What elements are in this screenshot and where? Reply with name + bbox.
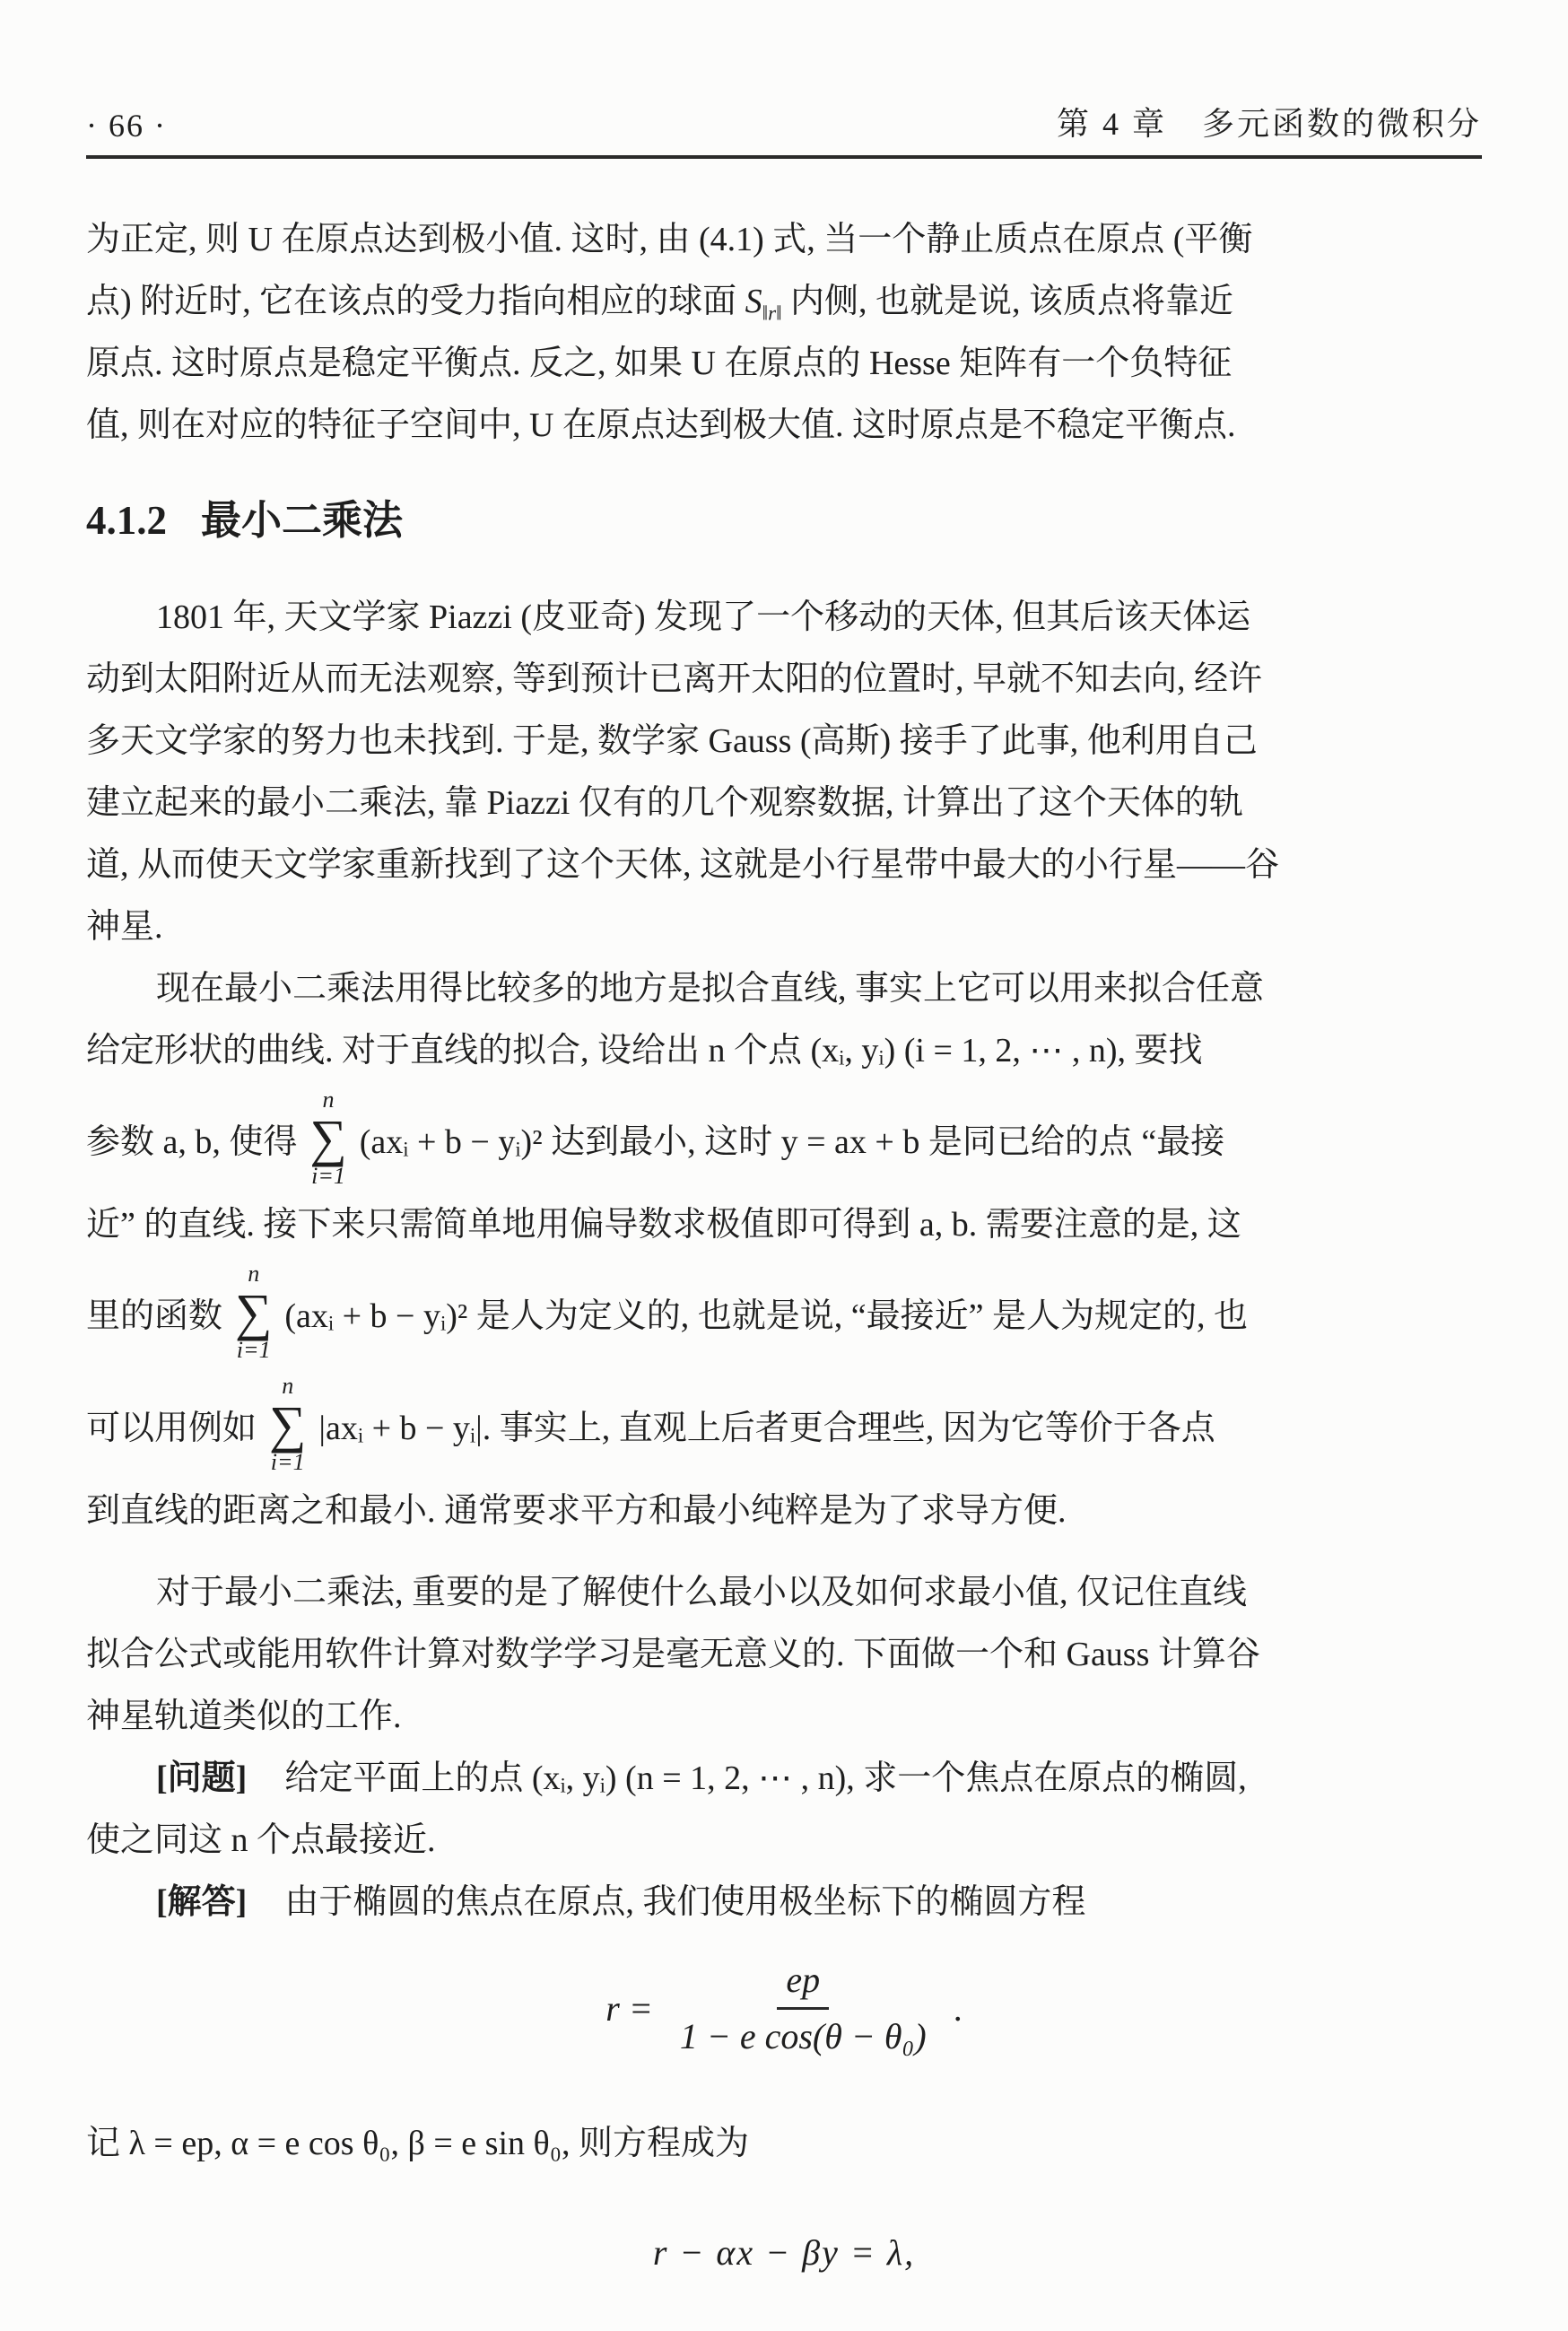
sphere-subscript: ‖r‖ bbox=[762, 302, 782, 325]
formula-period: . bbox=[954, 1987, 963, 2030]
summation-symbol: n ∑ i=1 bbox=[235, 1261, 272, 1364]
section-heading: 4.1.2 最小二乘法 bbox=[86, 487, 1482, 546]
sigma-icon: ∑ bbox=[269, 1400, 306, 1449]
polar-substitution-line: 记 λ = ep, α = e cos θ₀, β = e sin θ₀, 则方… bbox=[86, 2113, 1482, 2175]
page-header: · 66 · 第 4 章 多元函数的微积分 bbox=[86, 0, 1482, 159]
intro-line-2-post: 内侧, 也就是说, 该质点将靠近 bbox=[782, 283, 1234, 320]
sigma-icon: ∑ bbox=[235, 1288, 272, 1337]
solution-text-1: 由于椭圆的焦点在原点, 我们使用极坐标下的椭圆方程 bbox=[284, 1883, 1085, 1921]
fit-line-1: 现在最小二乘法用得比较多的地方是拟合直线, 事实上它可以用来拟合任意 bbox=[86, 958, 1482, 1020]
piazzi-line-4: 建立起来的最小二乘法, 靠 Piazzi 仅有的几个观察数据, 计算出了这个天体… bbox=[86, 773, 1482, 834]
summation-symbol: n ∑ i=1 bbox=[269, 1373, 306, 1476]
piazzi-line-6: 神星. bbox=[86, 896, 1482, 958]
method-line-3: 神星轨道类似的工作. bbox=[86, 1686, 1482, 1748]
page-number: · 66 · bbox=[86, 107, 167, 144]
problem-paragraph: [问题]给定平面上的点 (xᵢ, yᵢ) (n = 1, 2, ⋯ , n), … bbox=[86, 1748, 1482, 1872]
intro-paragraph: 为正定, 则 U 在原点达到极小值. 这时, 由 (4.1) 式, 当一个静止质… bbox=[86, 209, 1482, 457]
sum-lower-limit: i=1 bbox=[237, 1337, 271, 1364]
sum-line-2-post: (axᵢ + b − yᵢ)² 是人为定义的, 也就是说, “最接近” 是人为规… bbox=[284, 1288, 1248, 1337]
piazzi-line-1: 1801 年, 天文学家 Piazzi (皮亚奇) 发现了一个移动的天体, 但其… bbox=[86, 587, 1482, 649]
intro-line-4: 值, 则在对应的特征子空间中, U 在原点达到极大值. 这时原点是不稳定平衡点. bbox=[86, 395, 1482, 457]
method-line-2: 拟合公式或能用软件计算对数学学习是毫无意义的. 下面做一个和 Gauss 计算谷 bbox=[86, 1624, 1482, 1686]
intro-line-2: 点) 附近时, 它在该点的受力指向相应的球面 S‖r‖ 内侧, 也就是说, 该质… bbox=[86, 271, 1482, 333]
sum-lower-limit: i=1 bbox=[271, 1449, 305, 1476]
sum-line-3-pre: 可以用例如 bbox=[86, 1400, 257, 1449]
problem-line-1: [问题]给定平面上的点 (xᵢ, yᵢ) (n = 1, 2, ⋯ , n), … bbox=[86, 1748, 1482, 1810]
problem-text-1: 给定平面上的点 (xᵢ, yᵢ) (n = 1, 2, ⋯ , n), 求一个焦… bbox=[284, 1759, 1246, 1797]
linear-form-formula: r − αx − βy = λ, bbox=[86, 2222, 1482, 2283]
problem-line-2: 使之同这 n 个点最接近. bbox=[86, 1810, 1482, 1872]
piazzi-line-3: 多天文学家的努力也未找到. 于是, 数学家 Gauss (高斯) 接手了此事, … bbox=[86, 711, 1482, 773]
sum-line-1: 参数 a, b, 使得 n ∑ i=1 (axᵢ + b − yᵢ)² 达到最小… bbox=[86, 1082, 1482, 1194]
ellipse-polar-formula: r = ep 1 − e cos(θ − θ₀) . bbox=[86, 1941, 1482, 2075]
fraction: ep 1 − e cos(θ − θ₀) bbox=[667, 1959, 939, 2058]
sum-line-3-post: |axᵢ + b − yᵢ|. 事实上, 直观上后者更合理些, 因为它等价于各点 bbox=[318, 1400, 1215, 1449]
solution-paragraph: [解答]由于椭圆的焦点在原点, 我们使用极坐标下的椭圆方程 bbox=[86, 1872, 1482, 1934]
fraction-numerator: ep bbox=[777, 1959, 829, 2010]
sum-line-1-post: (axᵢ + b − yᵢ)² 达到最小, 这时 y = ax + b 是同已给… bbox=[360, 1113, 1224, 1163]
intro-line-2-pre: 点) 附近时, 它在该点的受力指向相应的球面 bbox=[86, 283, 745, 320]
piazzi-line-5: 道, 从而使天文学家重新找到了这个天体, 这就是小行星带中最大的小行星——谷 bbox=[86, 834, 1482, 896]
method-line-1: 对于最小二乘法, 重要的是了解使什么最小以及如何求最小值, 仅记住直线 bbox=[86, 1562, 1482, 1624]
method-paragraph: 对于最小二乘法, 重要的是了解使什么最小以及如何求最小值, 仅记住直线 拟合公式… bbox=[86, 1562, 1482, 1748]
fit-line-2: 给定形状的曲线. 对于直线的拟合, 设给出 n 个点 (xᵢ, yᵢ) (i =… bbox=[86, 1020, 1482, 1082]
section-number: 4.1.2 bbox=[86, 497, 167, 544]
summation-symbol: n ∑ i=1 bbox=[309, 1087, 346, 1190]
book-page: · 66 · 第 4 章 多元函数的微积分 为正定, 则 U 在原点达到极小值.… bbox=[0, 0, 1568, 2331]
solution-label: [解答] bbox=[156, 1883, 247, 1921]
sum-line-3: 可以用例如 n ∑ i=1 |axᵢ + b − yᵢ|. 事实上, 直观上后者… bbox=[86, 1368, 1482, 1480]
chapter-title: 第 4 章 多元函数的微积分 bbox=[1057, 99, 1482, 144]
fraction-denominator: 1 − e cos(θ − θ₀) bbox=[667, 2010, 939, 2058]
problem-label: [问题] bbox=[156, 1759, 247, 1797]
solution-line-1: [解答]由于椭圆的焦点在原点, 我们使用极坐标下的椭圆方程 bbox=[86, 1872, 1482, 1934]
page-body: 为正定, 则 U 在原点达到极小值. 这时, 由 (4.1) 式, 当一个静止质… bbox=[86, 209, 1482, 2283]
sigma-icon: ∑ bbox=[309, 1113, 346, 1163]
section-title: 最小二乘法 bbox=[201, 487, 403, 546]
piazzi-paragraph: 1801 年, 天文学家 Piazzi (皮亚奇) 发现了一个移动的天体, 但其… bbox=[86, 587, 1482, 958]
fit-line-7: 到直线的距离之和最小. 通常要求平方和最小纯粹是为了求导方便. bbox=[86, 1480, 1482, 1542]
intro-line-3: 原点. 这时原点是稳定平衡点. 反之, 如果 U 在原点的 Hesse 矩阵有一… bbox=[86, 333, 1482, 395]
fitting-paragraph: 现在最小二乘法用得比较多的地方是拟合直线, 事实上它可以用来拟合任意 给定形状的… bbox=[86, 958, 1482, 1542]
fit-line-4: 近” 的直线. 接下来只需简单地用偏导数求极值即可得到 a, b. 需要注意的是… bbox=[86, 1194, 1482, 1256]
sum-line-1-pre: 参数 a, b, 使得 bbox=[86, 1113, 297, 1163]
sum-line-2-pre: 里的函数 bbox=[86, 1288, 222, 1337]
sum-lower-limit: i=1 bbox=[311, 1163, 345, 1190]
sum-line-2: 里的函数 n ∑ i=1 (axᵢ + b − yᵢ)² 是人为定义的, 也就是… bbox=[86, 1256, 1482, 1368]
intro-line-1: 为正定, 则 U 在原点达到极小值. 这时, 由 (4.1) 式, 当一个静止质… bbox=[86, 209, 1482, 271]
piazzi-line-2: 动到太阳附近从而无法观察, 等到预计已离开太阳的位置时, 早就不知去向, 经许 bbox=[86, 649, 1482, 711]
formula-lhs: r = bbox=[605, 1987, 653, 2030]
sphere-symbol: S bbox=[745, 283, 762, 320]
